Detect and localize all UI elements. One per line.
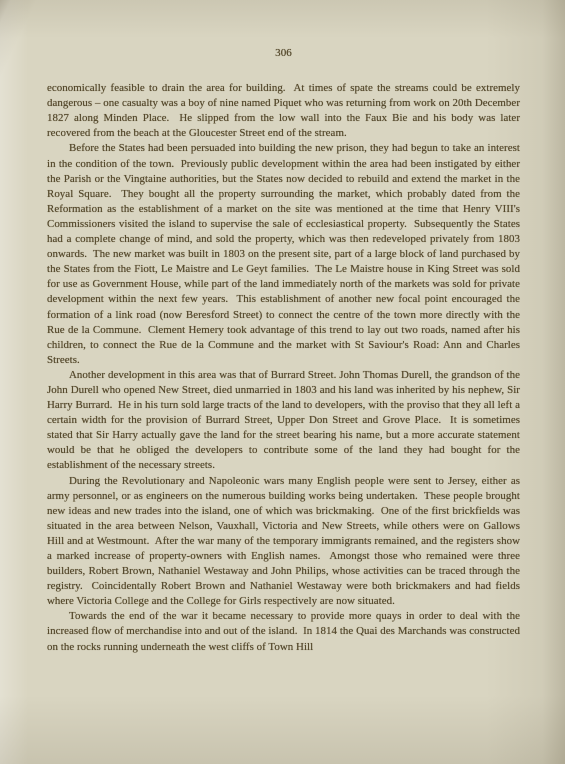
text-block: 306 economically feasible to drain the a… — [47, 46, 520, 655]
paragraph-stream-drainage: economically feasible to drain the area … — [47, 81, 520, 141]
paragraph-burrard-street: Another development in this area was tha… — [47, 368, 520, 474]
paragraph-market-royal-square: Before the States had been persuaded int… — [47, 141, 520, 367]
paragraph-english-brickmakers: During the Revolutionary and Napoleonic … — [47, 474, 520, 610]
page-number: 306 — [47, 46, 520, 61]
scanned-book-page: 306 economically feasible to drain the a… — [0, 0, 565, 764]
paragraph-quays: Towards the end of the war it became nec… — [47, 609, 520, 654]
